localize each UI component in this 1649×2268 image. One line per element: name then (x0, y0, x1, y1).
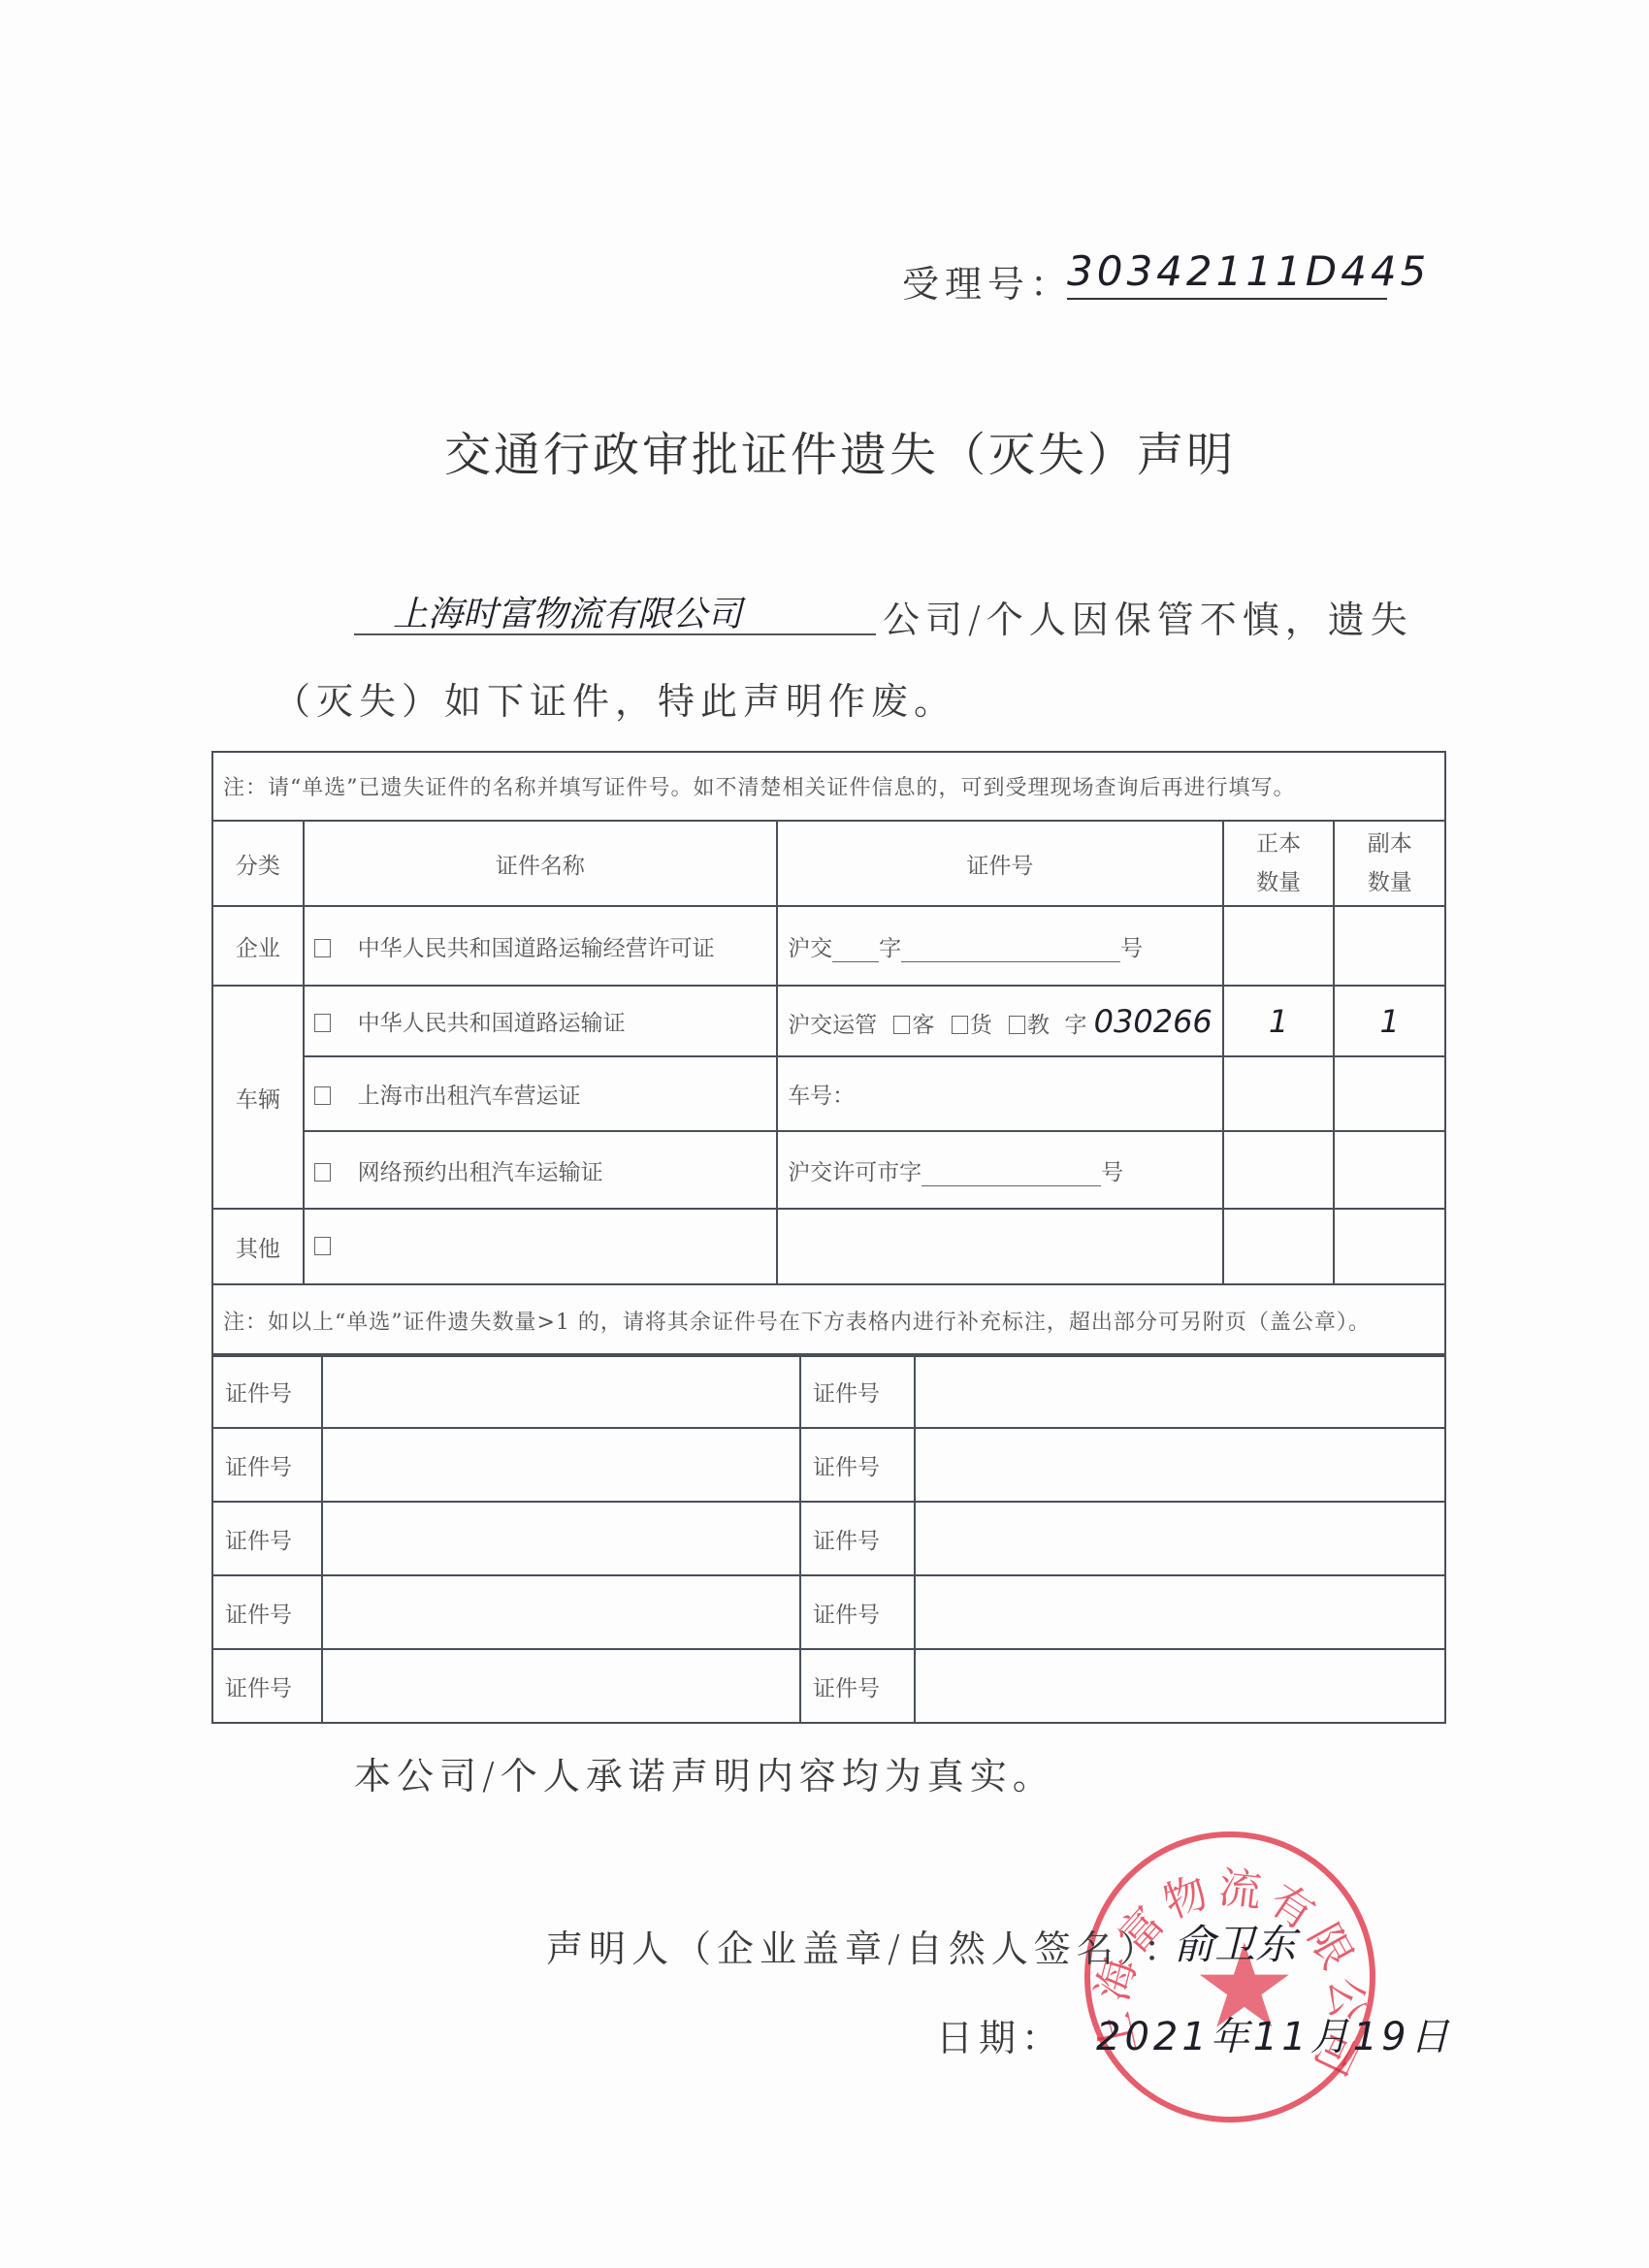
blank-field[interactable] (921, 1164, 1101, 1186)
signature[interactable]: 俞卫东 (1174, 1913, 1296, 1971)
cert-no-mid: 字 (1064, 1013, 1086, 1038)
copy-qty-cell[interactable] (1334, 1131, 1445, 1209)
option-training: 教 (1027, 1013, 1050, 1038)
cert-no-mid: 字 (879, 936, 901, 961)
checkbox[interactable] (314, 1163, 331, 1182)
header-original-qty-line2: 数量 (1256, 870, 1301, 895)
header-cert-name: 证件名称 (304, 821, 777, 906)
acceptance-label: 受理号： (902, 254, 1073, 308)
cert-name-cell: 中华人民共和国道路运输经营许可证 (304, 906, 777, 986)
cert-no-input[interactable] (322, 1649, 800, 1723)
checkbox[interactable] (314, 939, 331, 957)
table-row: 网络预约出租汽车运输证 沪交许可市字号 (212, 1131, 1445, 1209)
acceptance-number: 30342111D445 (1067, 247, 1387, 300)
cert-name-cell: 上海市出租汽车营运证 (304, 1056, 777, 1131)
company-seal: 上海富物流有限公司 ★ (1084, 1831, 1375, 2122)
checkbox-training[interactable] (1009, 1016, 1025, 1034)
copy-qty-cell[interactable] (1334, 1209, 1445, 1284)
table-row: 证件号 证件号 (212, 1502, 1445, 1575)
original-qty-cell[interactable]: 1 (1223, 986, 1335, 1056)
table-row: 证件号 证件号 (212, 1354, 1445, 1428)
note-bottom: 注：如以上“单选”证件遗失数量>1 的，请将其余证件号在下方表格内进行补充标注，… (212, 1284, 1445, 1356)
header-cert-no: 证件号 (777, 821, 1223, 906)
cert-no-prefix: 沪交许可市字 (788, 1160, 921, 1185)
copy-qty-cell[interactable] (1334, 1056, 1445, 1131)
header-copy-qty-line1: 副本 (1368, 831, 1412, 857)
cert-no-value[interactable]: 030266 (1094, 1003, 1212, 1040)
cert-name-cell (304, 1209, 777, 1284)
cert-no-input[interactable] (322, 1428, 800, 1502)
cert-name-cell: 中华人民共和国道路运输证 (304, 986, 777, 1056)
blank-field[interactable] (901, 940, 1120, 962)
copy-qty-cell[interactable]: 1 (1334, 986, 1445, 1056)
checkbox[interactable] (314, 1014, 331, 1032)
original-qty-cell[interactable] (1223, 906, 1335, 986)
copy-qty-cell[interactable] (1334, 906, 1445, 986)
checkbox-passenger[interactable] (893, 1016, 910, 1034)
table-row: 证件号 证件号 (212, 1428, 1445, 1502)
cert-no-label: 证件号 (212, 1428, 322, 1502)
original-qty-cell[interactable] (1223, 1209, 1335, 1284)
table-row: 其他 (212, 1209, 1445, 1284)
statement-line2: （灭失）如下证件，特此声明作废。 (274, 671, 956, 725)
cert-no-input[interactable] (322, 1575, 800, 1649)
option-freight: 货 (970, 1013, 992, 1038)
page-title: 交通行政审批证件遗失（灭失）声明 (444, 417, 1236, 484)
header-copy-qty-line2: 数量 (1368, 870, 1412, 895)
original-qty-cell[interactable] (1223, 1131, 1335, 1209)
note-top: 注：请“单选”已遗失证件的名称并填写证件号。如不清楚相关证件信息的，可到受理现场… (212, 752, 1445, 821)
cert-no-input[interactable] (322, 1502, 800, 1575)
cert-no-label: 证件号 (800, 1354, 915, 1428)
blank-field[interactable] (832, 940, 879, 962)
table-row: 上海市出租汽车营运证 车号： (212, 1056, 1445, 1131)
cert-no-input[interactable] (915, 1575, 1445, 1649)
table-row: 企业 中华人民共和国道路运输经营许可证 沪交字号 (212, 906, 1445, 986)
header-original-qty: 正本 数量 (1223, 821, 1335, 906)
date-value[interactable]: 2021年11月19日 (1096, 2006, 1453, 2061)
cert-no-cell[interactable] (777, 1209, 1223, 1284)
cert-no-label: 证件号 (212, 1354, 322, 1428)
cert-no-input[interactable] (915, 1649, 1445, 1723)
promise-text: 本公司/个人承诺声明内容均为真实。 (354, 1746, 1055, 1799)
cert-no-cell: 沪交许可市字号 (777, 1131, 1223, 1209)
category-other: 其他 (212, 1209, 304, 1284)
cert-no-input[interactable] (322, 1354, 800, 1428)
certificate-table: 注：请“单选”已遗失证件的名称并填写证件号。如不清楚相关证件信息的，可到受理现场… (211, 751, 1446, 1357)
cert-no-label: 证件号 (800, 1575, 915, 1649)
signer-label: 声明人（企业盖章/自然人签名）： (546, 1919, 1186, 1972)
cert-no-cell[interactable]: 车号： (777, 1056, 1223, 1131)
cert-name-cell: 网络预约出租汽车运输证 (304, 1131, 777, 1209)
cert-no-label: 证件号 (800, 1428, 915, 1502)
cert-no-suffix: 号 (1120, 936, 1143, 961)
category-enterprise: 企业 (212, 906, 304, 986)
company-name-field[interactable]: 上海时富物流有限公司 (354, 587, 876, 635)
cert-no-prefix: 沪交运管 (788, 1013, 877, 1038)
extra-cert-table: 证件号 证件号 证件号 证件号 证件号 证件号 证件号 证件号 证件号 证件号 (211, 1353, 1446, 1724)
table-row: 车辆 中华人民共和国道路运输证 沪交运管 客 货 教 字 030266 1 1 (212, 986, 1445, 1056)
cert-name: 中华人民共和国道路运输经营许可证 (358, 936, 715, 961)
checkbox-freight[interactable] (952, 1016, 968, 1034)
date-label: 日期： (936, 2008, 1064, 2061)
original-qty-cell[interactable] (1223, 1056, 1335, 1131)
option-passenger: 客 (912, 1013, 934, 1038)
cert-no-input[interactable] (915, 1428, 1445, 1502)
header-copy-qty: 副本 数量 (1334, 821, 1445, 906)
cert-no-cell: 沪交运管 客 货 教 字 030266 (777, 986, 1223, 1056)
header-original-qty-line1: 正本 (1256, 831, 1301, 857)
checkbox[interactable] (314, 1237, 331, 1255)
category-vehicle: 车辆 (212, 986, 304, 1209)
cert-no-label: 证件号 (212, 1502, 322, 1575)
cert-no-label: 证件号 (212, 1649, 322, 1723)
cert-no-input[interactable] (915, 1502, 1445, 1575)
table-row: 证件号 证件号 (212, 1649, 1445, 1723)
cert-name: 中华人民共和国道路运输证 (358, 1011, 626, 1036)
cert-no-input[interactable] (915, 1354, 1445, 1428)
cert-no-suffix: 号 (1101, 1160, 1123, 1185)
cert-no-label: 证件号 (800, 1649, 915, 1723)
cert-no-label: 证件号 (800, 1502, 915, 1575)
checkbox[interactable] (314, 1086, 331, 1105)
cert-no-cell: 沪交字号 (777, 906, 1223, 986)
cert-no-label: 证件号 (212, 1575, 322, 1649)
table-row: 证件号 证件号 (212, 1575, 1445, 1649)
cert-no-prefix: 沪交 (788, 936, 832, 961)
table-header-row: 分类 证件名称 证件号 正本 数量 副本 数量 (212, 821, 1445, 906)
header-category: 分类 (212, 821, 304, 906)
cert-name: 网络预约出租汽车运输证 (358, 1160, 603, 1185)
cert-name: 上海市出租汽车营运证 (358, 1084, 581, 1109)
statement-line1: 公司/个人因保管不慎，遗失 (883, 590, 1413, 643)
